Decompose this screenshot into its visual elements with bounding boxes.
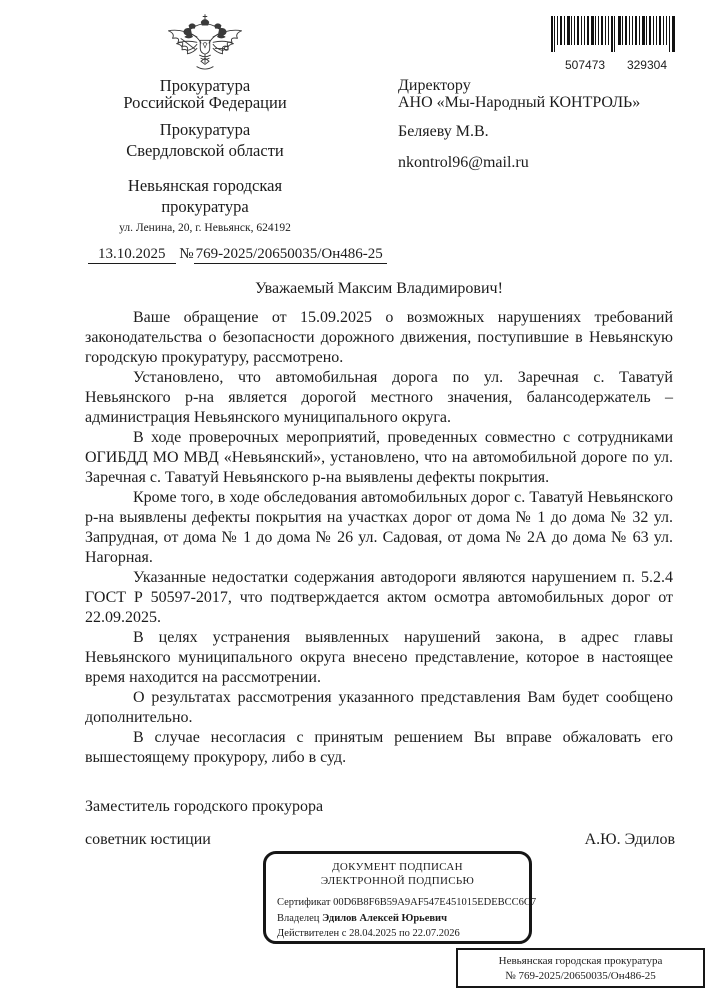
number-sign: № [179, 246, 193, 262]
barcode: 507473 329304 [551, 16, 675, 72]
org-region-line1: Прокуратура [55, 119, 355, 140]
esig-validity: Действителен с 28.04.2025 по 22.07.2026 [277, 926, 518, 942]
org-city-line2: прокуратура [55, 196, 355, 217]
esig-owner-value: Эдилов Алексей Юрьевич [322, 913, 447, 924]
barcode-icon [551, 16, 675, 54]
letter-date: 13.10.2025 [88, 246, 176, 264]
body-paragraph: Установлено, что автомобильная дорога по… [85, 368, 673, 428]
org-federation: Прокуратура Российской Федерации [55, 77, 355, 111]
recipient-title: Директору [398, 77, 678, 94]
salutation: Уважаемый Максим Владимирович! [85, 280, 673, 298]
org-city: Невьянская городская прокуратура [55, 175, 355, 217]
electronic-signature-stamp: ДОКУМЕНТ ПОДПИСАН ЭЛЕКТРОННОЙ ПОДПИСЬЮ С… [263, 851, 532, 944]
body-paragraph: Кроме того, в ходе обследования автомоби… [85, 488, 673, 568]
date-number-line: 13.10.2025 №769-2025/20650035/Он486-25 [88, 246, 387, 263]
esig-title: ДОКУМЕНТ ПОДПИСАН ЭЛЕКТРОННОЙ ПОДПИСЬЮ [277, 861, 518, 888]
signer-position-line1: Заместитель городского прокурора [85, 798, 323, 816]
esig-certificate: Сертификат 00D6B8F6B59A9AF547E451015EDEB… [277, 895, 518, 911]
letter-body: Ваше обращение от 15.09.2025 о возможных… [85, 308, 673, 768]
registration-stamp-org: Невьянская городская прокуратура [458, 954, 703, 969]
body-paragraph: Ваше обращение от 15.09.2025 о возможных… [85, 308, 673, 368]
recipient-block: Директору АНО «Мы-Народный КОНТРОЛЬ» Бел… [398, 77, 678, 173]
barcode-digits-right: 329304 [627, 58, 667, 72]
org-federation-line1: Прокуратура [55, 77, 355, 94]
body-paragraph: О результатах рассмотрения указанного пр… [85, 688, 673, 728]
registration-stamp-number: № 769-2025/20650035/Он486-25 [458, 969, 703, 984]
org-region-line2: Свердловской области [55, 140, 355, 161]
org-city-line1: Невьянская городская [55, 175, 355, 196]
org-region: Прокуратура Свердловской области [55, 119, 355, 161]
body-paragraph: В ходе проверочных мероприятий, проведен… [85, 428, 673, 488]
recipient-organization: АНО «Мы-Народный КОНТРОЛЬ» [398, 94, 678, 111]
esig-title-line1: ДОКУМЕНТ ПОДПИСАН [277, 861, 518, 875]
esig-owner: Владелец Эдилов Алексей Юрьевич [277, 911, 518, 927]
esig-owner-label: Владелец [277, 913, 319, 924]
barcode-digits-left: 507473 [565, 58, 605, 72]
body-paragraph: В случае несогласия с принятым решением … [85, 728, 673, 768]
org-federation-line2: Российской Федерации [55, 94, 355, 111]
letterhead: Прокуратура Российской Федерации Прокура… [55, 77, 355, 217]
signature-row: советник юстиции А.Ю. Эдилов [85, 831, 675, 849]
esig-certificate-value: 00D6B8F6B59A9AF547E451015EDEBCC6C7 [333, 897, 536, 908]
recipient-name: Беляеву М.В. [398, 122, 678, 142]
registration-stamp: Невьянская городская прокуратура № 769-2… [456, 948, 705, 988]
signer-name: А.Ю. Эдилов [585, 831, 675, 849]
letter-page: Прокуратура Российской Федерации Прокура… [0, 0, 710, 1001]
sender-address: ул. Ленина, 20, г. Невьянск, 624192 [55, 222, 355, 234]
body-paragraph: Указанные недостатки содержания автодоро… [85, 568, 673, 628]
body-paragraph: В целях устранения выявленных нарушений … [85, 628, 673, 688]
barcode-digits: 507473 329304 [551, 58, 675, 72]
coat-of-arms-icon [161, 12, 249, 74]
signer-position-line2: советник юстиции [85, 831, 211, 849]
recipient-email: nkontrol96@mail.ru [398, 153, 678, 173]
esig-title-line2: ЭЛЕКТРОННОЙ ПОДПИСЬЮ [277, 875, 518, 889]
esig-certificate-label: Сертификат [277, 897, 330, 908]
letter-number: 769-2025/20650035/Он486-25 [194, 246, 387, 264]
